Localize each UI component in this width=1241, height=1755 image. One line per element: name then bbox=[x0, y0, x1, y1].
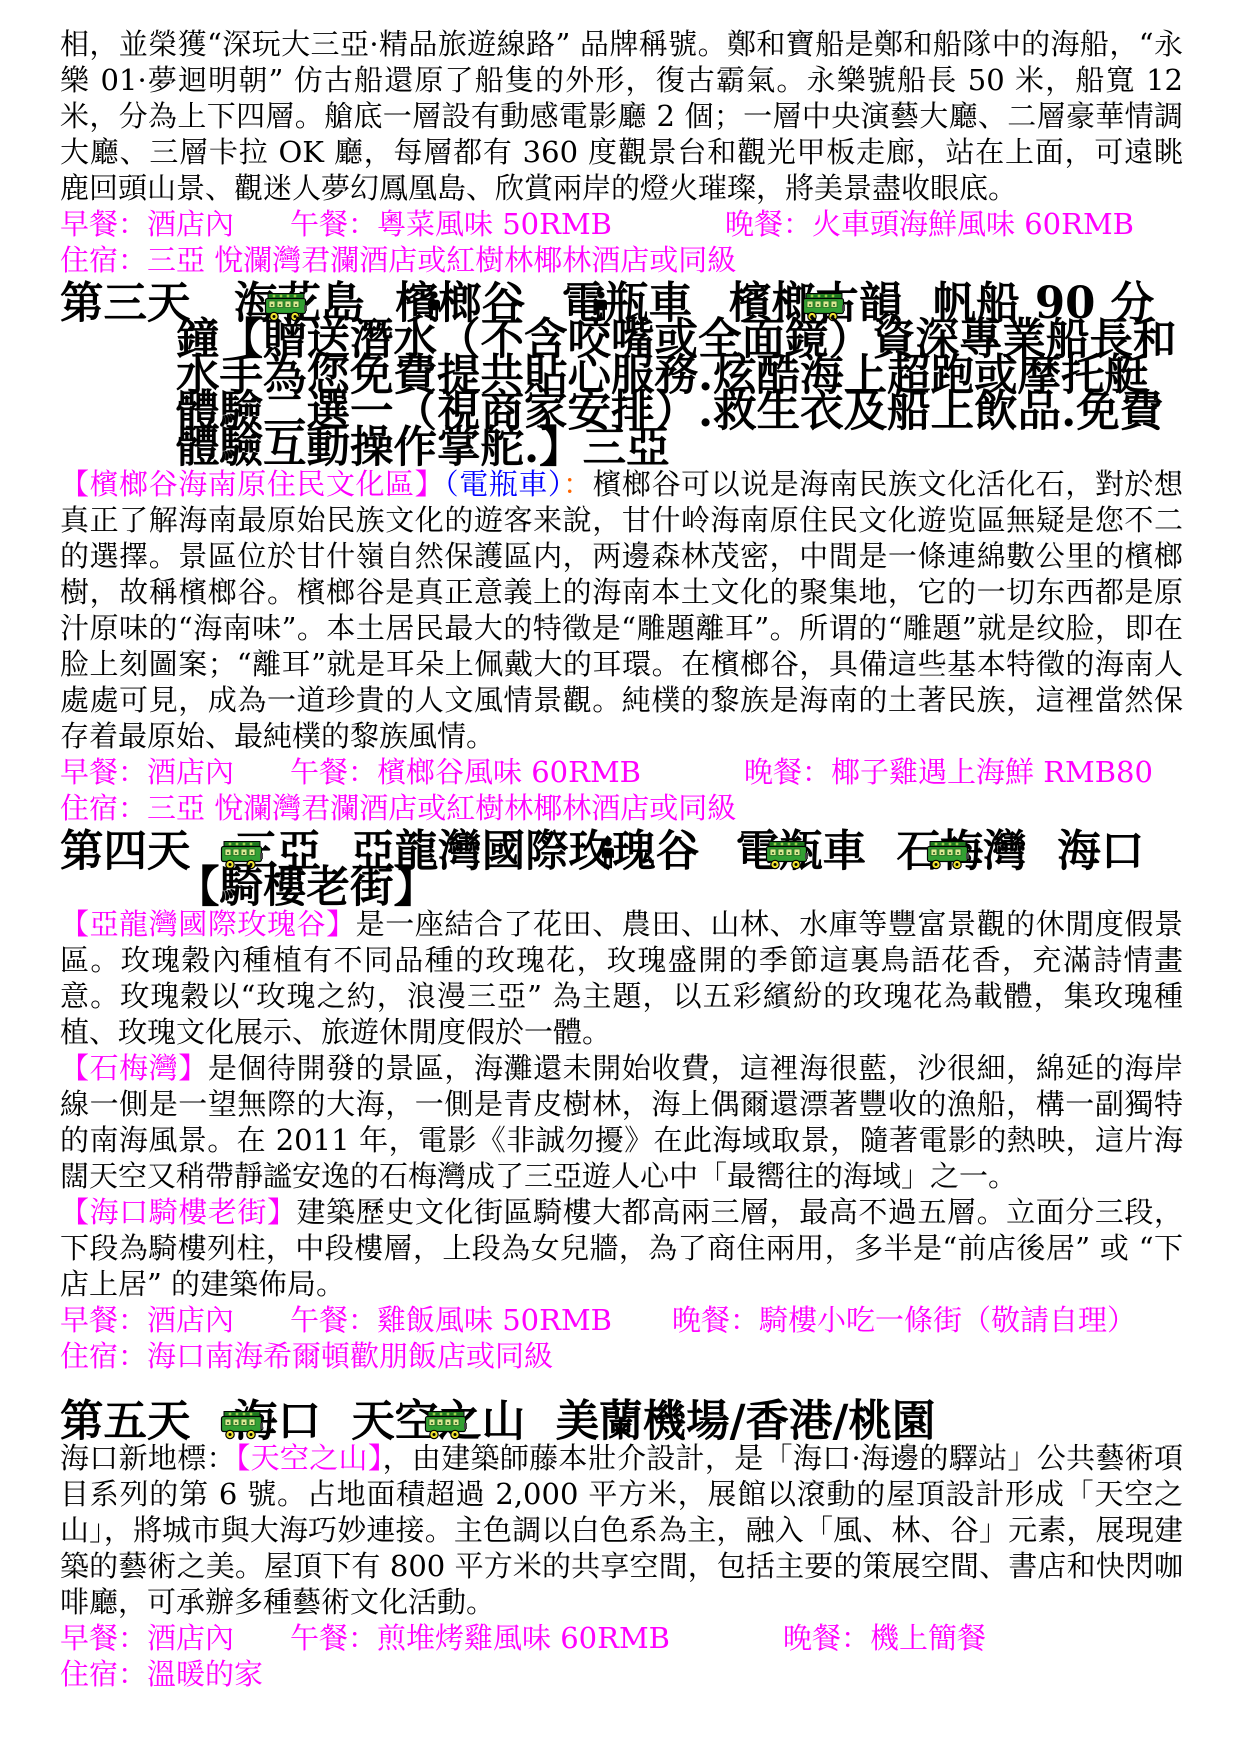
itinerary-page: 相，並榮獲“深玩大三亞·精品旅遊線路” 品牌稱號。鄭和寶船是鄭和船隊中的海船，“… bbox=[0, 0, 1241, 1755]
day-5-block: 第五天 海口 天空之山 bbox=[60, 1404, 1183, 1692]
lunch-label: 午餐：煎堆烤雞風味 60RMB bbox=[290, 1620, 783, 1656]
hotel-line: 住宿：三亞 悅瀾灣君瀾酒店或紅樹林椰林酒店或同級 bbox=[60, 790, 1183, 826]
lunch-label: 午餐：雞飯風味 50RMB bbox=[290, 1302, 672, 1338]
meals-line: 早餐：酒店內午餐：粵菜風味 50RMB晚餐：火車頭海鮮風味 60RMB bbox=[60, 206, 1183, 242]
meals-line: 早餐：酒店內午餐：雞飯風味 50RMB晚餐：騎樓小吃一條街（敬請自理） bbox=[60, 1302, 1183, 1338]
lunch-label: 午餐：粵菜風味 50RMB bbox=[290, 206, 725, 242]
dinner-label: 晚餐：機上簡餐 bbox=[783, 1621, 986, 1655]
breakfast-label: 早餐：酒店內 bbox=[60, 206, 290, 242]
day-3-block: 第三天 海花島 檳榔谷 電瓶車 檳榔古韻 bbox=[60, 286, 1183, 826]
section-paragraph: 【海口騎樓老街】建築歷史文化街區騎樓大都高兩三層，最高不過五層。立面分三段，下段… bbox=[60, 1194, 1183, 1302]
breakfast-label: 早餐：酒店內 bbox=[60, 1302, 290, 1338]
section-title: 【檳榔谷海南原住民文化區】 bbox=[60, 467, 444, 501]
section-paragraph: 【石梅灣】是個待開發的景區，海灘還未開始收費，這裡海很藍，沙很細，綿延的海岸線一… bbox=[60, 1050, 1183, 1194]
meals-line: 早餐：酒店內午餐：煎堆烤雞風味 60RMB晚餐：機上簡餐 bbox=[60, 1620, 1183, 1656]
day-4-block: 第四天 三亞 亞龍灣國際玫瑰谷 電瓶車 bbox=[60, 834, 1183, 1374]
hotel-line: 住宿：海口南海希爾頓歡朋飯店或同級 bbox=[60, 1338, 1183, 1374]
section-title: 【亞龍灣國際玫瑰谷】 bbox=[60, 907, 356, 941]
dinner-label: 晚餐：騎樓小吃一條街（敬請自理） bbox=[672, 1303, 1136, 1337]
lunch-label: 午餐：檳榔谷風味 60RMB bbox=[290, 754, 744, 790]
meals-line: 早餐：酒店內午餐：檳榔谷風味 60RMB晚餐：椰子雞遇上海鮮 RMB80 bbox=[60, 754, 1183, 790]
section-title: 【石梅灣】 bbox=[60, 1051, 208, 1085]
section-prefix: 海口新地標： bbox=[60, 1441, 236, 1475]
dinner-label: 晚餐：椰子雞遇上海鮮 RMB80 bbox=[744, 755, 1153, 789]
transport-note: （電瓶車） bbox=[444, 467, 563, 501]
hotel-line: 住宿：三亞 悅瀾灣君瀾酒店或紅樹林椰林酒店或同級 bbox=[60, 242, 1183, 278]
dinner-label: 晚餐：火車頭海鮮風味 60RMB bbox=[725, 207, 1134, 241]
intro-paragraph: 相，並榮獲“深玩大三亞·精品旅遊線路” 品牌稱號。鄭和寶船是鄭和船隊中的海船，“… bbox=[60, 26, 1183, 206]
section-body: 檳榔谷可以说是海南民族文化活化石，對於想真正了解海南最原始民族文化的遊客来說，甘… bbox=[60, 467, 1183, 753]
section-title: 【海口騎樓老街】 bbox=[60, 1195, 297, 1229]
section-body: 是個待開發的景區，海灘還未開始收費，這裡海很藍，沙很細，綿延的海岸線一側是一望無… bbox=[60, 1051, 1183, 1193]
breakfast-label: 早餐：酒店內 bbox=[60, 1620, 290, 1656]
section-paragraph: 海口新地標：【天空之山】，由建築師藤本壯介設計，是「海口·海邊的驛站」公共藝術項… bbox=[60, 1440, 1183, 1620]
hotel-line: 住宿：溫暖的家 bbox=[60, 1656, 1183, 1692]
day-5-heading: 第五天 海口 天空之山 bbox=[60, 1404, 1183, 1440]
section-paragraph: 【亞龍灣國際玫瑰谷】是一座結合了花田、農田、山林、水庫等豐富景觀的休閒度假景區。… bbox=[60, 906, 1183, 1050]
breakfast-label: 早餐：酒店內 bbox=[60, 754, 290, 790]
day-4-heading: 第四天 三亞 亞龍灣國際玫瑰谷 電瓶車 bbox=[60, 834, 1183, 906]
day-3-heading: 第三天 海花島 檳榔谷 電瓶車 檳榔古韻 bbox=[60, 286, 1183, 466]
colon-accent: ： bbox=[563, 467, 593, 501]
section-paragraph: 【檳榔谷海南原住民文化區】（電瓶車）：檳榔谷可以说是海南民族文化活化石，對於想真… bbox=[60, 466, 1183, 754]
section-title: 【天空之山】 bbox=[236, 1441, 383, 1475]
